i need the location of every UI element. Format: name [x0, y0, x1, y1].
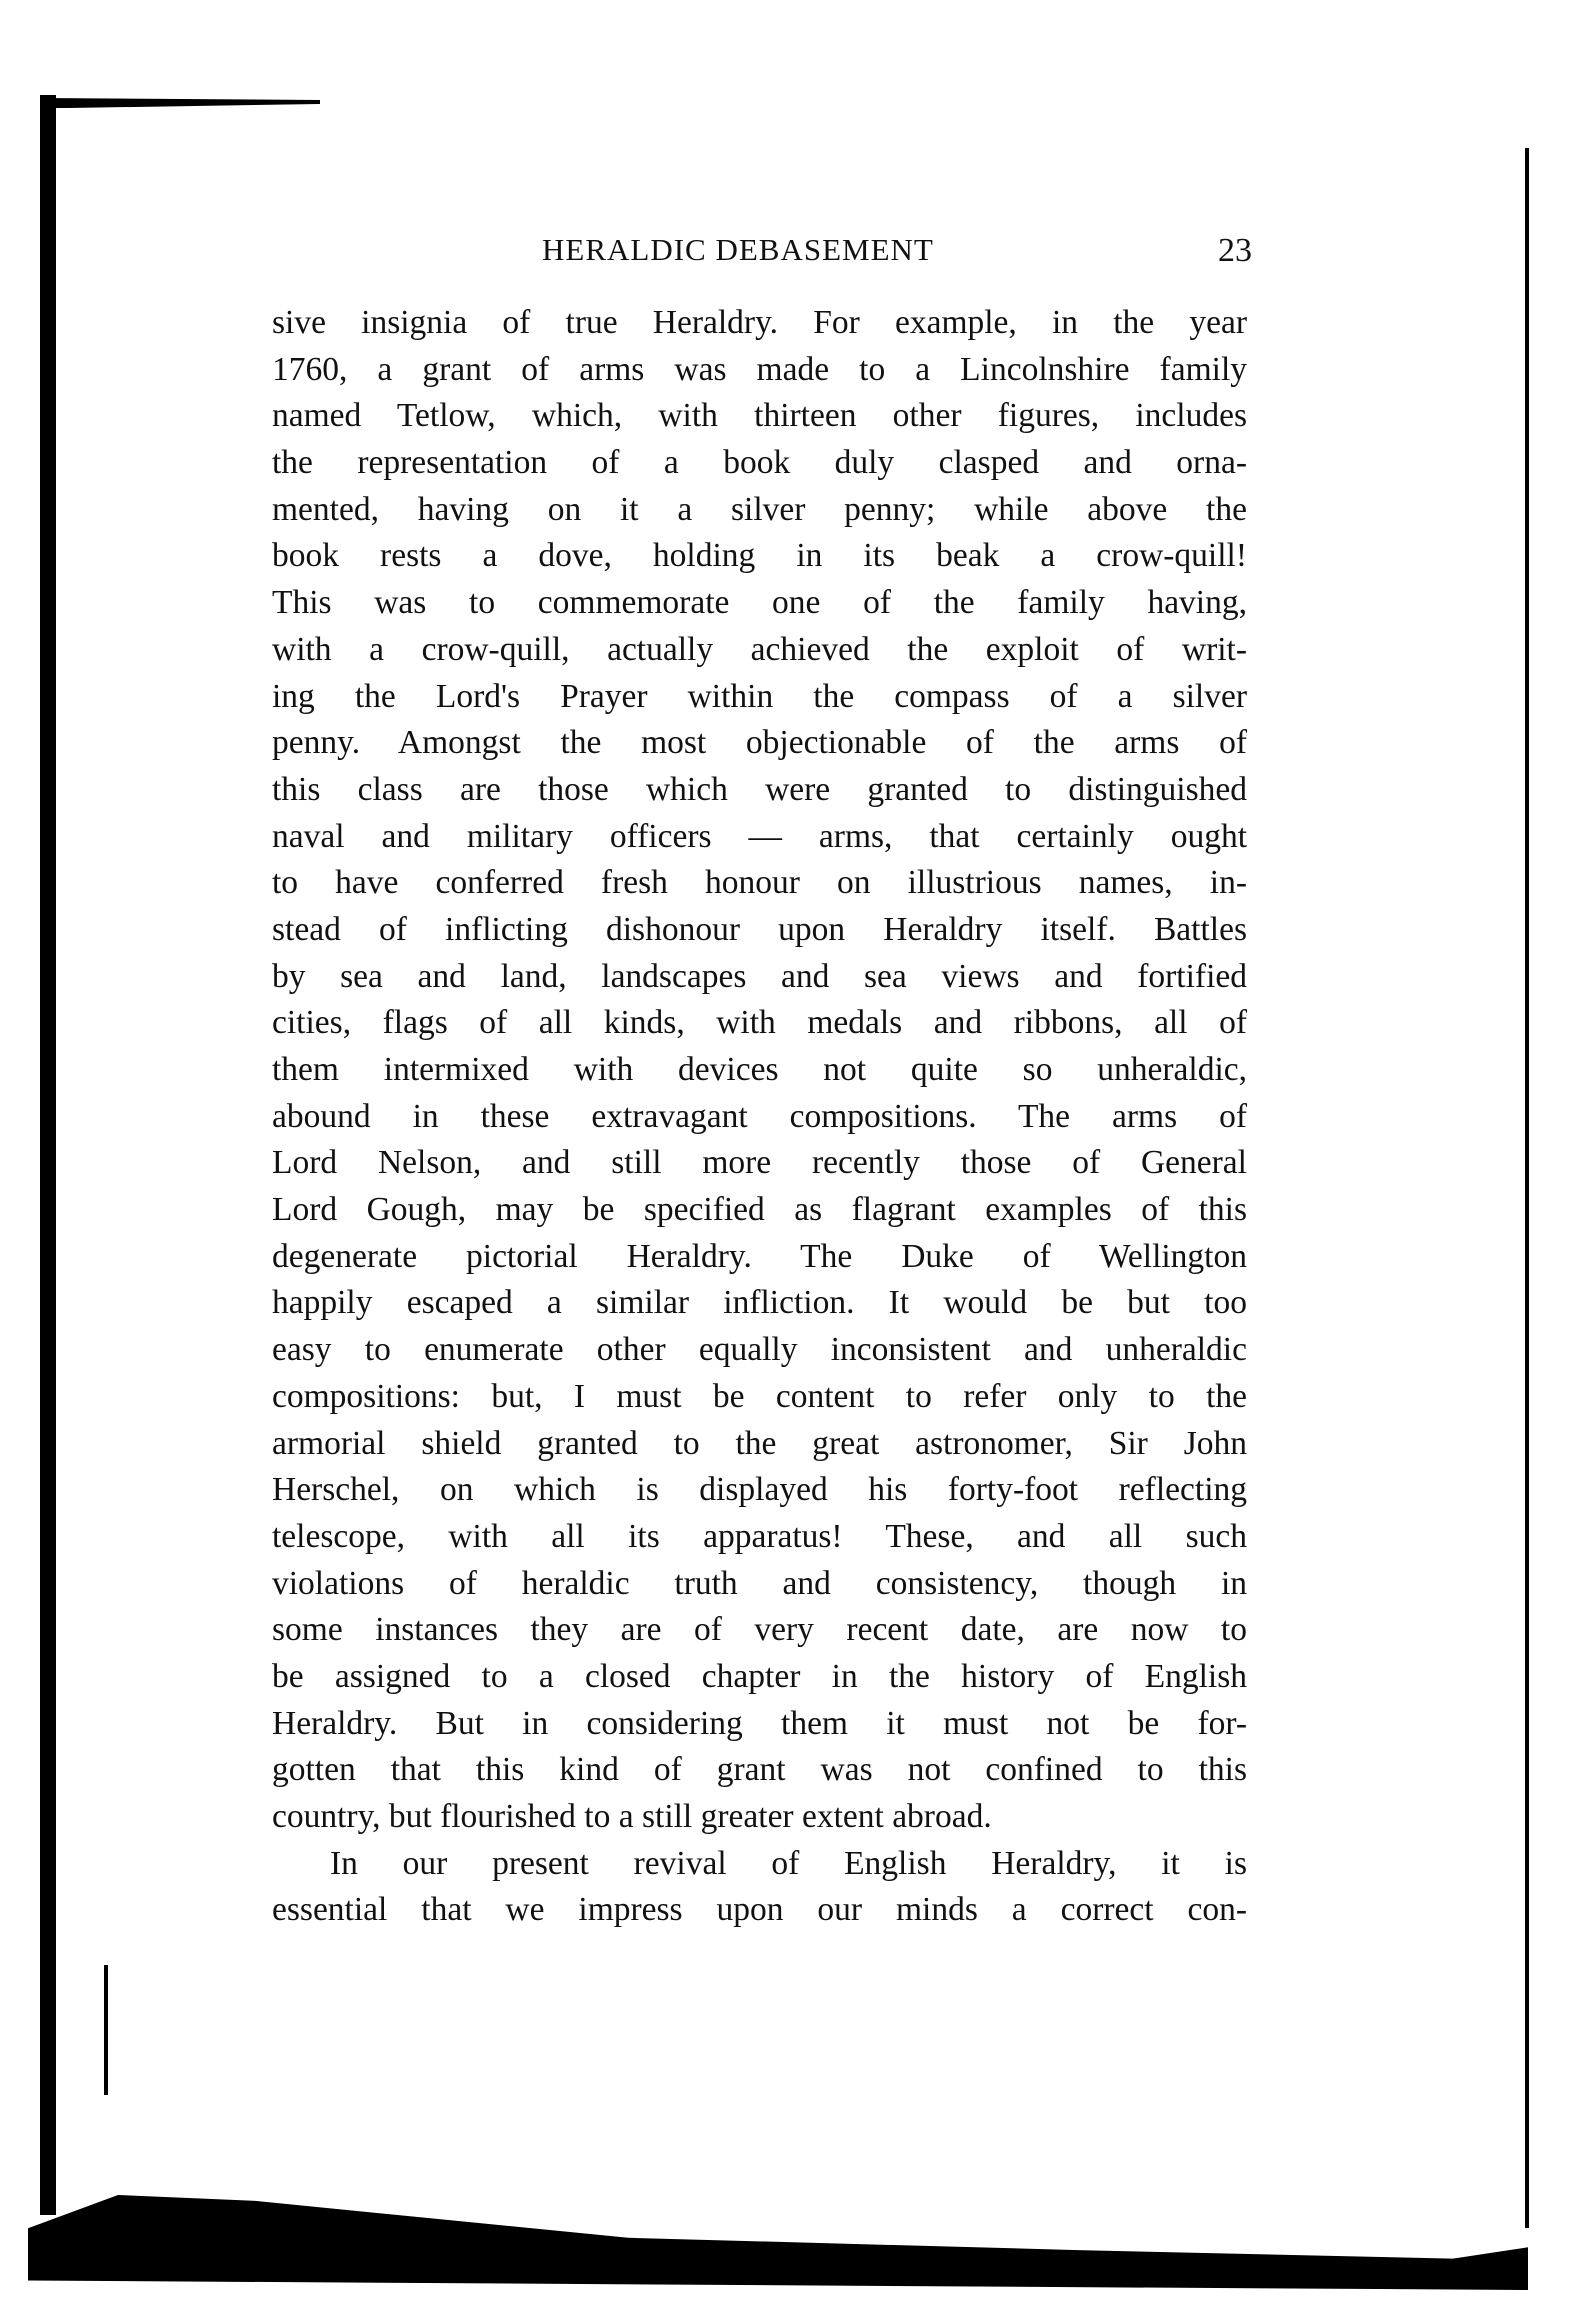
text-line: cities, flags of all kinds, with medals …: [272, 1000, 1247, 1047]
text-line: stead of inflicting dishonour upon Heral…: [272, 907, 1247, 954]
page-number: 23: [1218, 232, 1252, 270]
scan-edge-left: [40, 95, 56, 2215]
text-line: armorial shield granted to the great ast…: [272, 1421, 1247, 1468]
text-line: degenerate pictorial Heraldry. The Duke …: [272, 1234, 1247, 1281]
text-line: with a crow-quill, actually achieved the…: [272, 627, 1247, 674]
text-line: naval and military officers — arms, that…: [272, 814, 1247, 861]
text-line: compositions: but, I must be content to …: [272, 1374, 1247, 1421]
text-line: by sea and land, landscapes and sea view…: [272, 954, 1247, 1001]
scan-edge-top: [40, 98, 320, 108]
text-line: this class are those which were granted …: [272, 767, 1247, 814]
text-line: mented, having on it a silver penny; whi…: [272, 487, 1247, 534]
text-line: This was to commemorate one of the famil…: [272, 580, 1247, 627]
text-line: violations of heraldic truth and consist…: [272, 1561, 1247, 1608]
text-line: abound in these extravagant compositions…: [272, 1094, 1247, 1141]
text-line: telescope, with all its apparatus! These…: [272, 1514, 1247, 1561]
paragraph: In our present revival of English Herald…: [272, 1841, 1247, 1934]
text-line: Lord Nelson, and still more recently tho…: [272, 1140, 1247, 1187]
text-line: be assigned to a closed chapter in the h…: [272, 1654, 1247, 1701]
running-head-title: HERALDIC DEBASEMENT: [542, 232, 934, 268]
page-body: sive insignia of true Heraldry. For exam…: [272, 300, 1247, 1934]
text-line: some instances they are of very recent d…: [272, 1607, 1247, 1654]
text-line: easy to enumerate other equally inconsis…: [272, 1327, 1247, 1374]
running-head: HERALDIC DEBASEMENT 23: [272, 232, 1252, 272]
text-line: 1760, a grant of arms was made to a Linc…: [272, 347, 1247, 394]
text-line: to have conferred fresh honour on illust…: [272, 860, 1247, 907]
scan-edge-bottom: [28, 2195, 1528, 2290]
text-line: named Tetlow, which, with thirteen other…: [272, 393, 1247, 440]
text-line: ing the Lord's Prayer within the compass…: [272, 674, 1247, 721]
text-line: Heraldry. But in considering them it mus…: [272, 1701, 1247, 1748]
margin-mark: [104, 1965, 108, 2095]
text-line: book rests a dove, holding in its beak a…: [272, 533, 1247, 580]
text-line: Lord Gough, may be specified as flagrant…: [272, 1187, 1247, 1234]
text-line: In our present revival of English Herald…: [272, 1841, 1247, 1888]
text-line: sive insignia of true Heraldry. For exam…: [272, 300, 1247, 347]
text-line: essential that we impress upon our minds…: [272, 1887, 1247, 1934]
text-line: Herschel, on which is displayed his fort…: [272, 1467, 1247, 1514]
text-line: gotten that this kind of grant was not c…: [272, 1747, 1247, 1794]
scan-edge-right: [1525, 148, 1529, 2228]
text-line: happily escaped a similar infliction. It…: [272, 1280, 1247, 1327]
text-line: penny. Amongst the most objectionable of…: [272, 720, 1247, 767]
paragraph: sive insignia of true Heraldry. For exam…: [272, 300, 1247, 1841]
text-line: them intermixed with devices not quite s…: [272, 1047, 1247, 1094]
text-line: country, but flourished to a still great…: [272, 1794, 1247, 1841]
text-line: the representation of a book duly claspe…: [272, 440, 1247, 487]
